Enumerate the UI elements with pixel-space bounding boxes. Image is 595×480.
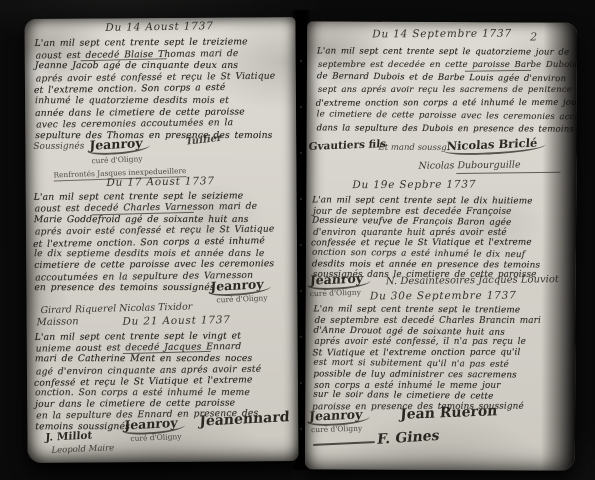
manuscript-line: septembre est decedée en cette paroisse …: [318, 59, 577, 72]
manuscript-line: desdits mois et année en presence des te…: [312, 259, 540, 271]
register-page-right: Du 14 Septembre 1737 2 L'an mil sept cen…: [305, 21, 577, 470]
witness-signature: Jeanennard: [199, 409, 290, 430]
manuscript-line: L'an mil sept cent trente sept le trenti…: [314, 304, 540, 316]
manuscript-line: L'an mil sept cent trente sept le quator…: [317, 45, 577, 59]
burial-entry-body: L'an mil sept cent trente sept le treizi…: [35, 36, 275, 142]
entry-date-heading: Du 17 Aoust 1737: [86, 175, 236, 190]
burial-entry-body: L'an mil sept cent trente sept le dix hu…: [312, 195, 541, 281]
witness-signature: Nicolas Briclé: [444, 135, 546, 156]
witness-names: N. Desaintesoires Jacques Louviot: [386, 274, 559, 287]
closing-word: Et mand soussg: [378, 143, 446, 153]
manuscript-line: onction. Son corps a esté inhumé le meme: [35, 387, 260, 398]
priest-signature-title: curé d'Oligny: [91, 154, 142, 165]
register-page-left: Du 14 Aoust 1737 L'an mil sept cent tren…: [24, 17, 298, 463]
burial-entry-body: L'an mil sept cent trente sept le quator…: [317, 45, 578, 136]
priest-signature-title: curé d'Oligny: [311, 424, 362, 435]
manuscript-line: sept ans aprés avoir reçu les sacremens …: [318, 85, 577, 98]
priest-signature: Jeanroy: [87, 135, 151, 156]
priest-signature-title: curé d'Oligny: [216, 293, 267, 304]
entry-date-heading: Du 21 Aoust 1737: [101, 314, 251, 329]
entry-date-heading: Du 19e Sepbre 1737: [334, 178, 494, 191]
witness-name: Maisson: [36, 316, 78, 328]
manuscript-line: mari de Catherine Ment en secondes noces: [35, 353, 260, 364]
page-number: 2: [530, 30, 537, 43]
witness-signature: Leopold Maire: [51, 443, 114, 456]
final-signature: F. Gines: [376, 428, 440, 448]
signature-flourish: [313, 441, 375, 446]
manuscript-line: sepulture des Thomas en presence des tem…: [35, 130, 275, 142]
entry-date-heading: Du 14 Aoust 1737: [74, 20, 244, 35]
manuscript-line: de septembre est decedé Charles Brancin …: [315, 316, 541, 327]
manuscript-line: dans la sepulture des Dubois en presence…: [317, 122, 578, 136]
manuscript-line: aprés avoir esté confessé, il n'a pas re…: [314, 337, 540, 348]
witness-signature: J. Millot: [45, 429, 93, 443]
manuscript-line: le dix septieme desdits mois et année da…: [34, 248, 274, 260]
priest-signature-title: curé d'Oligny: [310, 288, 361, 299]
signature-underline: [456, 172, 560, 174]
parish-register-scan: Du 14 Aoust 1737 L'an mil sept cent tren…: [0, 0, 595, 480]
manuscript-line: L'an mil sept cent trente sept le dix hu…: [312, 195, 540, 207]
binding-stitches: [300, 60, 302, 430]
entry-date-heading: Du 30e Septembre 1737: [361, 290, 526, 303]
witness-names: Girard Riquerel Nicolas Tixidor: [40, 301, 192, 316]
burial-entry-body: L'an mil sept cent trente sept le trenti…: [313, 304, 540, 413]
manuscript-line: possible de luy administrer ces sacremen…: [313, 369, 539, 381]
entry-date-heading: Du 14 Septembre 1737: [357, 28, 527, 41]
manuscript-line: inhumé le quatorzieme desdits mois et: [35, 95, 275, 107]
witness-signature: Nicolas Dubourguille: [418, 160, 520, 172]
witness-signature: Gvautiers fils: [308, 138, 386, 153]
priest-signature-title: curé d'Oligny: [130, 432, 181, 443]
witness-signature: Jean Rueron: [400, 403, 498, 423]
closing-word: Soussignés: [33, 142, 84, 152]
